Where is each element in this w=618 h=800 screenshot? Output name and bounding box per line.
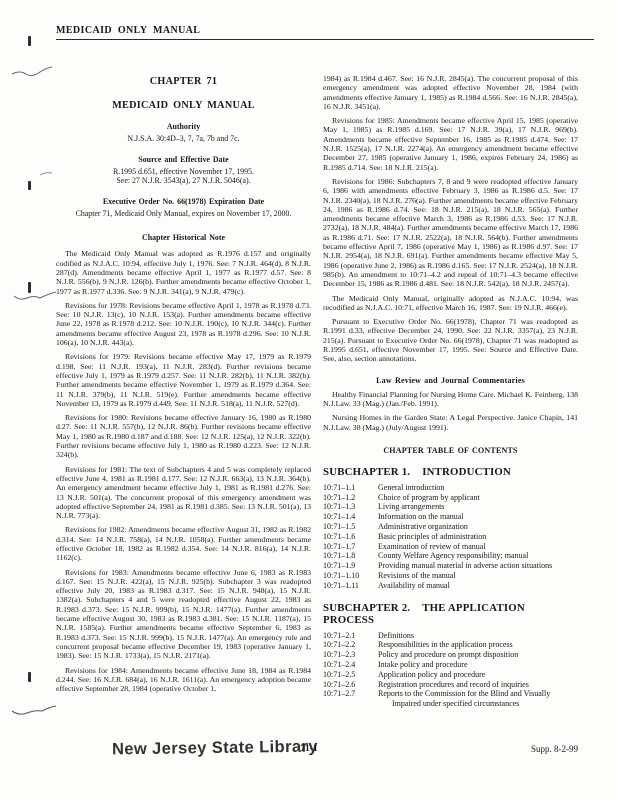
- source-line: R.1995 d.651, effective November 17, 199…: [56, 167, 311, 177]
- toc-row: 10:71–2.4 Intake policy and procedure: [323, 660, 578, 670]
- pen-mark: [10, 64, 54, 80]
- continuation-paragraph: 1984) as R.1984 d.467. See: 16 N.J.R. 28…: [323, 74, 578, 111]
- left-column: CHAPTER 71 MEDICAID ONLY MANUAL Authorit…: [56, 68, 311, 709]
- toc-row: 10:71–1.8 County Welfare Agency responsi…: [323, 551, 578, 561]
- toc-label: Availability of manual: [378, 581, 578, 591]
- historical-paragraph: Revisions for 1983: Amendments became ef…: [56, 568, 311, 661]
- toc-ref: 10:71–1.2: [323, 493, 367, 503]
- source-line: See: 27 N.J.R. 3543(a), 27 N.J.R. 5046(a…: [56, 176, 311, 186]
- toc-row: 10:71–2.2 Responsibilities in the applic…: [323, 640, 578, 650]
- subchapter-title: INTRODUCTION: [422, 466, 511, 478]
- toc-label: Administrative organization: [378, 522, 578, 532]
- toc-ref: 10:71–1.6: [323, 532, 367, 542]
- right-column: 1984) as R.1984 d.467. See: 16 N.J.R. 28…: [323, 68, 578, 709]
- subchapter-heading: SUBCHAPTER 1.INTRODUCTION: [323, 466, 578, 478]
- chapter-heading: CHAPTER 71: [56, 76, 311, 87]
- toc-row: 10:71–1.7 Examination of review of manua…: [323, 542, 578, 552]
- authority-heading: Authority: [56, 122, 311, 131]
- historical-paragraph: Revisions for 1982: Amendments became ef…: [56, 525, 311, 562]
- historical-paragraph: Revisions for 1985: Amendments became ef…: [323, 116, 578, 172]
- supplement-date: Supp. 8-2-99: [531, 744, 578, 754]
- historical-paragraph: Revisions for 1984: Amendments became ef…: [56, 666, 311, 694]
- subchapter-number: SUBCHAPTER 2.: [323, 602, 410, 614]
- toc-ref: 10:71–2.4: [323, 660, 367, 670]
- toc-label: Registration procedures and record of in…: [378, 680, 578, 690]
- pen-mark: [12, 288, 58, 306]
- source-heading: Source and Effective Date: [56, 155, 311, 164]
- toc-label: Revisions of the manual: [378, 571, 578, 581]
- toc-ref: 10:71–1.7: [323, 542, 367, 552]
- law-review-heading: Law Review and Journal Commentaries: [323, 376, 578, 385]
- toc-ref: 10:71–2.3: [323, 650, 367, 660]
- historical-paragraph: Pursuant to Executive Order No. 66(1978)…: [323, 317, 578, 363]
- toc-row: 10:71–1.6 Basic principles of administra…: [323, 532, 578, 542]
- toc-label: Definitions: [378, 631, 578, 641]
- expiration-heading: Executive Order No. 66(1978) Expiration …: [56, 197, 311, 206]
- running-header-title: MEDICAID ONLY MANUAL: [56, 25, 594, 36]
- historical-paragraph: The Medicaid Only Manual, originally ado…: [323, 294, 578, 313]
- toc-row: 10:71–2.1 Definitions: [323, 631, 578, 641]
- page-number: 71-1: [0, 744, 618, 754]
- running-header: MEDICAID ONLY MANUAL: [56, 25, 594, 40]
- toc-row: 10:71–1.2 Choice of program by applicant: [323, 493, 578, 503]
- subchapter-heading: SUBCHAPTER 2.THE APPLICATION PROCESS: [323, 602, 578, 626]
- toc-label: Choice of program by applicant: [378, 493, 578, 503]
- scan-edge-artifact: [28, 672, 31, 682]
- toc-row: 10:71–1.10 Revisions of the manual: [323, 571, 578, 581]
- toc-row: 10:71–2.7 Reports to the Commission for …: [323, 689, 578, 709]
- toc-row: 10:71–1.11 Availability of manual: [323, 581, 578, 591]
- toc-ref: 10:71–1.11: [323, 581, 367, 591]
- toc-row: 10:71–1.3 Living arrangements: [323, 502, 578, 512]
- toc-row: 10:71–1.4 Information on the manual: [323, 512, 578, 522]
- scan-edge-artifact: [28, 181, 31, 190]
- law-review-entry: Healthy Financial Planning for Nursing H…: [323, 390, 578, 409]
- toc-ref: 10:71–2.7: [323, 689, 367, 709]
- toc-ref: 10:71–1.3: [323, 502, 367, 512]
- page-columns: CHAPTER 71 MEDICAID ONLY MANUAL Authorit…: [56, 68, 578, 709]
- toc-ref: 10:71–1.5: [323, 522, 367, 532]
- toc-ref: 10:71–2.1: [323, 631, 367, 641]
- toc-row: 10:71–2.6 Registration procedures and re…: [323, 680, 578, 690]
- toc-label: Information on the manual: [378, 512, 578, 522]
- historical-paragraph: The Medicaid Only Manual was adopted as …: [56, 249, 311, 295]
- scan-edge-artifact: [28, 282, 31, 293]
- subchapter-number: SUBCHAPTER 1.: [323, 466, 410, 478]
- historical-paragraph: Revisions for 1986: Subchapters 7, 8 and…: [323, 177, 578, 289]
- law-review-entry: Nursing Homes in the Garden State: A Leg…: [323, 413, 578, 432]
- toc-label: Living arrangements: [378, 502, 578, 512]
- historical-paragraph: Revisions for 1979: Revisions became eff…: [56, 352, 311, 408]
- toc-ref: 10:71–2.5: [323, 670, 367, 680]
- toc-ref: 10:71–2.2: [323, 640, 367, 650]
- toc-ref: 10:71–1.9: [323, 561, 367, 571]
- toc-label: County Welfare Agency responsibility; ma…: [378, 551, 578, 561]
- authority-text: N.J.S.A. 30:4D–3, 7, 7a, 7b and 7c.: [56, 134, 311, 144]
- toc-row: 10:71–1.5 Administrative organization: [323, 522, 578, 532]
- document-page: MEDICAID ONLY MANUAL CHAPTER 71 MEDICAID…: [0, 0, 618, 800]
- toc-ref: 10:71–1.8: [323, 551, 367, 561]
- toc-label: Reports to the Commission for the Blind …: [378, 689, 578, 709]
- page-title: MEDICAID ONLY MANUAL: [56, 100, 311, 111]
- scan-edge-artifact: [28, 36, 31, 46]
- pen-mark: [10, 702, 58, 720]
- historical-paragraph: Revisions for 1980: Revisions became eff…: [56, 413, 311, 459]
- toc-ref: 10:71–1.1: [323, 483, 367, 493]
- toc-label: Policy and procedure on prompt dispositi…: [378, 650, 578, 660]
- expiration-text: Chapter 71, Medicaid Only Manual, expire…: [56, 209, 311, 219]
- toc-label: Providing manual material in adverse act…: [378, 561, 578, 571]
- toc-label: Responsibilities in the application proc…: [378, 640, 578, 650]
- toc-row: 10:71–2.3 Policy and procedure on prompt…: [323, 650, 578, 660]
- historical-paragraph: Revisions for 1981: The text of Subchapt…: [56, 465, 311, 521]
- toc-row: 10:71–1.1 General introduction: [323, 483, 578, 493]
- toc-label: Basic principles of administration: [378, 532, 578, 542]
- toc-heading: CHAPTER TABLE OF CONTENTS: [323, 446, 578, 455]
- toc-label: Examination of review of manual: [378, 542, 578, 552]
- header-rule: [56, 39, 594, 40]
- toc-label: Application policy and procedure: [378, 670, 578, 680]
- toc-ref: 10:71–1.4: [323, 512, 367, 522]
- toc-ref: 10:71–2.6: [323, 680, 367, 690]
- toc-label: Intake policy and procedure: [378, 660, 578, 670]
- pen-mark: [38, 170, 54, 178]
- toc-row: 10:71–1.9 Providing manual material in a…: [323, 561, 578, 571]
- historical-paragraph: Revisions for 1978: Revisions became eff…: [56, 301, 311, 347]
- toc-row: 10:71–2.5 Application policy and procedu…: [323, 670, 578, 680]
- historical-note-heading: Chapter Historical Note: [56, 233, 311, 242]
- toc-ref: 10:71–1.10: [323, 571, 367, 581]
- toc-label: General introduction: [378, 483, 578, 493]
